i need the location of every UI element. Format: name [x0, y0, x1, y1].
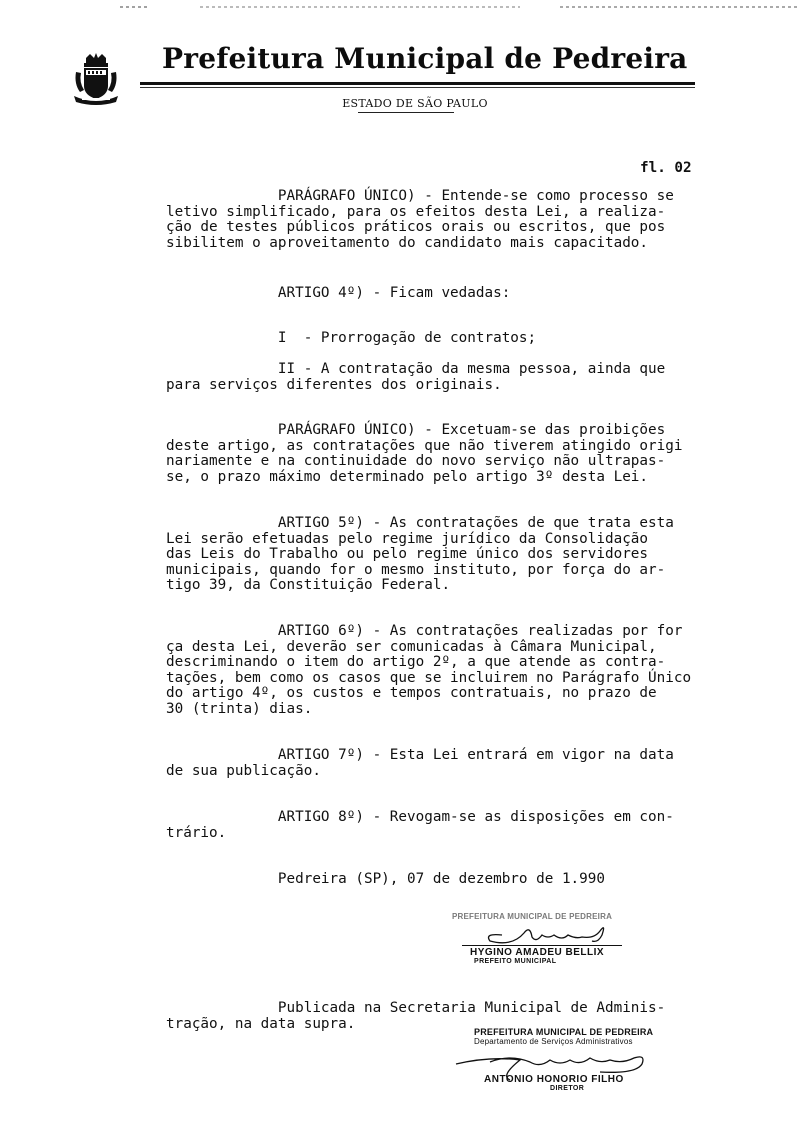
subtitle-rule [358, 112, 454, 113]
director-signature-block: PREFEITURA MUNICIPAL DE PEDREIRA Departa… [474, 1027, 674, 1092]
state-subtitle: ESTADO DE SÃO PAULO [342, 97, 488, 110]
paragraph-sole-article-3: PARÁGRAFO ÚNICO) - Entende-se como proce… [166, 189, 674, 251]
paragraph-sole-article-4: PARÁGRAFO ÚNICO) - Excetuam-se das proib… [166, 423, 682, 485]
article-4-item-i: I - Prorrogação de contratos; [166, 331, 536, 347]
state-subtitle-row: ESTADO DE SÃO PAULO [0, 97, 800, 110]
article-5: ARTIGO 5º) - As contratações de que trat… [166, 516, 674, 594]
scan-artifact [200, 6, 520, 8]
article-8: ARTIGO 8º) - Revogam-se as disposições e… [166, 810, 674, 841]
mayor-stamp-text: PREFEITURA MUNICIPAL DE PEDREIRA [452, 912, 632, 921]
mayor-signature-icon [472, 921, 632, 945]
article-6: ARTIGO 6º) - As contratações realizadas … [166, 624, 691, 718]
director-stamp-line-2: Departamento de Serviços Administrativos [474, 1037, 674, 1046]
director-stamp-line-1: PREFEITURA MUNICIPAL DE PEDREIRA [474, 1027, 674, 1037]
director-name: ANTONIO HONORIO FILHO [484, 1074, 674, 1085]
article-4: ARTIGO 4º) - Ficam vedadas: [166, 286, 510, 302]
letterhead-rule [140, 82, 695, 85]
scan-artifact [560, 6, 800, 8]
page-number: fl. 02 [640, 160, 692, 176]
mayor-signature-line [462, 945, 622, 946]
mayor-name: HYGINO AMADEU BELLIX [470, 947, 632, 958]
article-7: ARTIGO 7º) - Esta Lei entrará em vigor n… [166, 748, 674, 779]
mayor-role: PREFEITO MUNICIPAL [474, 958, 632, 965]
scan-artifact [120, 6, 148, 8]
director-role: DIRETOR [550, 1085, 674, 1092]
municipality-title: Prefeitura Municipal de Pedreira [162, 42, 688, 75]
mayor-signature-block: PREFEITURA MUNICIPAL DE PEDREIRA HYGINO … [452, 912, 632, 965]
place-and-date: Pedreira (SP), 07 de dezembro de 1.990 [166, 872, 605, 888]
article-4-item-ii: II - A contratação da mesma pessoa, aind… [166, 362, 665, 393]
letterhead-rule-thin [140, 87, 695, 88]
